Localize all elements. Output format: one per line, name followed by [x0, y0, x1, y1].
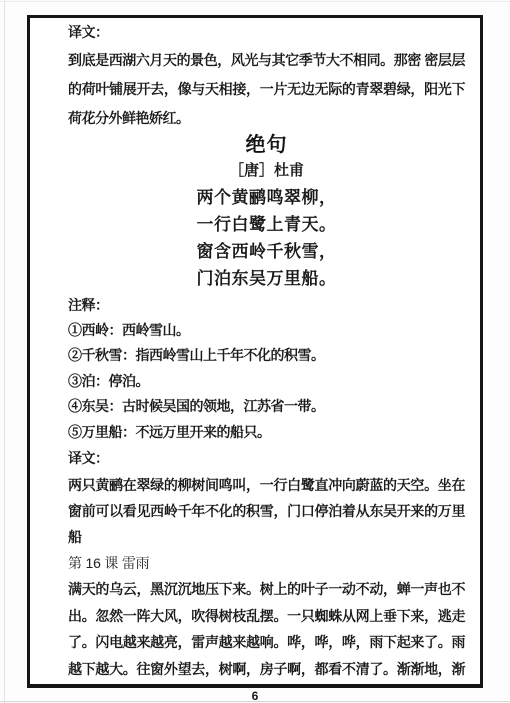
poem-author-line: ［唐］杜甫: [68, 158, 465, 184]
translation2-paragraph: 两只黄鹂在翠绿的柳树间鸣叫，一行白鹭直冲向蔚蓝的天空。坐在窗前可以看见西岭千年不…: [68, 472, 465, 550]
note-item: ②千秋雪：指西岭雪山上千年不化的积雪。: [68, 343, 465, 368]
poem-verse-line: 一行白鹭上青天。: [68, 211, 465, 238]
scan-edge-line-top: [0, 1, 510, 2]
translation1-paragraph: 到底是西湖六月天的景色，风光与其它季节大不相同。那密 密层层的荷叶铺展开去，像与…: [68, 46, 465, 133]
notes-label: 注释：: [68, 292, 465, 318]
lesson-heading: 第 16 课 雷雨: [68, 550, 465, 576]
scan-edge-line-left: [4, 0, 5, 703]
note-item: ③泊：停泊。: [68, 369, 465, 394]
content-border-frame: 译文： 到底是西湖六月天的景色，风光与其它季节大不相同。那密 密层层的荷叶铺展开…: [27, 15, 483, 688]
note-item: ⑤万里船：不远万里开来的船只。: [68, 420, 465, 445]
note-item: ①西岭：西岭雪山。: [68, 318, 465, 343]
translation1-label: 译文：: [68, 18, 465, 46]
note-item: ④东吴：古时候吴国的领地，江苏省一带。: [68, 394, 465, 419]
poem-verse-line: 两个黄鹂鸣翠柳，: [68, 184, 465, 211]
poem-verse-line: 窗含西岭千秋雪，: [68, 238, 465, 265]
translation2-label: 译文：: [68, 445, 465, 472]
poem-title: 绝句: [68, 133, 465, 158]
scanned-textbook-page: 译文： 到底是西湖六月天的景色，风光与其它季节大不相同。那密 密层层的荷叶铺展开…: [0, 0, 510, 703]
page-number: 6: [0, 689, 510, 703]
poem-verse-line: 门泊东吴万里船。: [68, 265, 465, 292]
lesson-paragraph: 满天的乌云，黑沉沉地压下来。树上的叶子一动不动，蝉一声也不出。忽然一阵大风，吹得…: [68, 576, 465, 688]
